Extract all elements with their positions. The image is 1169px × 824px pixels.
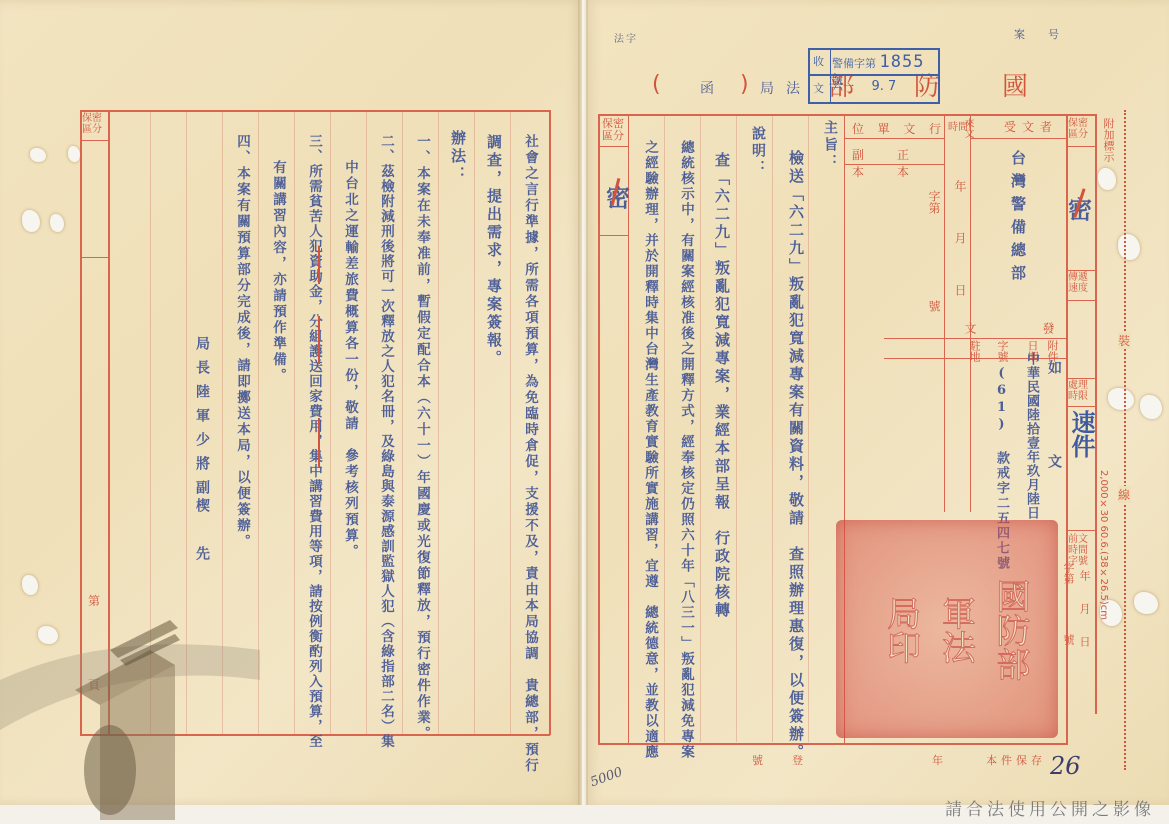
processing-time-label: 處理時限 bbox=[1068, 380, 1096, 402]
binding-line bbox=[1124, 110, 1126, 770]
punch-hole bbox=[50, 214, 64, 232]
center-fold bbox=[578, 0, 588, 805]
signature-name: 楔 先 bbox=[192, 498, 212, 570]
original-copy-label: 正本 bbox=[897, 146, 942, 180]
punch-hole bbox=[38, 626, 58, 644]
header-char-1: 國 bbox=[1002, 66, 1028, 103]
copies-sub: 正本 副本 bbox=[852, 146, 942, 180]
receipt-label: 收 bbox=[813, 53, 824, 69]
register-label: 登 bbox=[792, 752, 804, 768]
security-class-label-right: 保密區分 bbox=[1068, 118, 1096, 140]
retention-label: 本件保存 bbox=[986, 752, 1046, 768]
handwritten-page-number: 26 bbox=[1050, 752, 1081, 780]
punch-hole bbox=[30, 148, 46, 162]
letter-type: 函 bbox=[700, 78, 714, 98]
official-seal: 局印 軍法 國防部 bbox=[836, 520, 1058, 738]
origin-sub: 來文 bbox=[960, 118, 975, 138]
explanation-para-2: 總統核示中，有關案經核准後之開釋方式，經奉核定仍照六十年「八三一」叛亂犯減免專案 bbox=[676, 140, 696, 760]
copies-header: 行 文 單 位 bbox=[852, 120, 942, 137]
bracket-open: ( bbox=[652, 72, 661, 97]
register-number-label: 號 bbox=[752, 752, 764, 768]
binding-mark: 裝 bbox=[1118, 332, 1131, 349]
number-label: 字號 bbox=[994, 340, 1010, 362]
method-2-cont: 中台北之運輸差旅費概算各一份，敬請 參考核列預算。 bbox=[340, 160, 360, 560]
continuation-line-1: 社會之言行準據，所需各項預算，為免臨時倉促，支援不及，責由本局協調 貴總部，預行 bbox=[520, 134, 540, 774]
binding-mark-2: 線 bbox=[1118, 486, 1131, 503]
usage-watermark: 請合法使用公開之影像 bbox=[945, 795, 1155, 820]
receipt-stamp: 收 文 警備字第 1855 號 六一 9. 7 bbox=[808, 48, 940, 104]
top-left-mark: 法字 bbox=[614, 30, 638, 45]
explanation-para-3: 之經驗辦理，并於開釋時集中台灣生產教育實驗所實施講習，宜遵 總統德意，並教以適應 bbox=[640, 140, 660, 760]
security-class-label: 保密區分 bbox=[602, 118, 628, 142]
page-label-top: 第 bbox=[88, 592, 101, 609]
recipient-value: 台灣警備總部 bbox=[1008, 150, 1029, 288]
top-right-mark: 案 号 bbox=[1014, 26, 1065, 42]
method-2: 二、茲檢附減刑後將可一次釋放之人犯名冊，及綠島與泰源感訓監獄人犯（含綠指部二名）… bbox=[376, 134, 396, 749]
receipt-date: 9. 7 bbox=[872, 79, 897, 94]
receipt-date-prefix: 六一 bbox=[832, 80, 854, 93]
receipt-field-label: 警備字第 bbox=[832, 57, 876, 70]
station-label: 駐地 bbox=[966, 340, 982, 362]
receipt-label-2: 文 bbox=[813, 80, 824, 96]
retention-year-label: 年 bbox=[932, 752, 944, 768]
red-annotation-mark bbox=[318, 418, 320, 468]
punch-hole bbox=[1108, 388, 1134, 410]
send-label: 發 bbox=[1040, 322, 1057, 335]
red-annotation-mark bbox=[318, 246, 320, 284]
continuation-line-2: 調查，提出需求，專案簽報。 bbox=[484, 134, 505, 368]
method-1: 一、本案在未奉准前，暫假定配合本（六十一）年國慶或光復節釋放，預行密件作業。 bbox=[412, 134, 432, 742]
explanation-label: 說明： bbox=[748, 126, 768, 177]
origin-number-field: 字第 bbox=[926, 190, 943, 214]
method-3: 三、所需貧苦人犯資助金，分組護送回家費用，集中講習費用等項，請按例衡酌列入預算，… bbox=[304, 134, 324, 749]
subject-text: 檢送「六二九」叛亂犯寬減專案有關資料，敬請 查照辦理惠復，以便簽辦。 bbox=[786, 150, 807, 762]
method-3-cont: 有關講習內容，亦請預作準備。 bbox=[268, 160, 288, 384]
left-security-class-label: 保密區分 bbox=[82, 113, 108, 135]
recipient-label: 受文者 bbox=[1004, 118, 1058, 135]
method-4: 四、本案有關預算部分完成後，請即擲送本局，以便簽辦。 bbox=[232, 134, 252, 550]
punch-hole bbox=[1134, 592, 1158, 614]
origin-number-suffix: 號 bbox=[926, 300, 943, 313]
prev-ref-suffix: 號 bbox=[1060, 634, 1076, 646]
red-annotation-mark bbox=[318, 316, 320, 364]
bureau-suffix: 局法 bbox=[760, 78, 812, 98]
attachment-label: 附件 bbox=[1044, 340, 1060, 362]
explanation-para-1: 查「六二九」叛亂犯寬減專案，業經本部呈報 行政院核轉 bbox=[712, 152, 733, 620]
transmission-speed-label: 傳遞速度 bbox=[1068, 272, 1096, 294]
processing-time-value: 速件 bbox=[1064, 410, 1099, 458]
prev-ref-fields: 年月日 bbox=[1076, 570, 1092, 669]
bracket-close: ) bbox=[740, 72, 749, 97]
origin-date-fields: 年月日 bbox=[952, 180, 969, 336]
signature-title: 局長陸軍少將副 bbox=[192, 336, 212, 504]
subject-label: 主旨： bbox=[820, 120, 840, 171]
prev-ref-number: 字第 bbox=[1060, 562, 1076, 584]
punch-hole bbox=[1098, 168, 1116, 190]
send-label-2: 文 bbox=[962, 322, 979, 335]
page-label-bottom: 頁 bbox=[88, 676, 101, 693]
punch-hole bbox=[22, 575, 38, 595]
print-spec: 2,000×30 60.6.(38×26.5)cm bbox=[1098, 470, 1109, 620]
carbon-copy-label: 副本 bbox=[852, 146, 897, 180]
receipt-number: 1855 bbox=[880, 52, 925, 72]
punch-hole bbox=[68, 146, 80, 162]
punch-hole bbox=[1140, 395, 1162, 419]
punch-hole bbox=[1118, 234, 1140, 260]
punch-hole bbox=[22, 210, 40, 232]
send-date-value: 中華民國陸拾壹年玖月陸日 bbox=[1022, 352, 1041, 520]
attachment-note-label: 附加標示 bbox=[1100, 118, 1116, 162]
method-label: 辦法： bbox=[448, 130, 469, 184]
